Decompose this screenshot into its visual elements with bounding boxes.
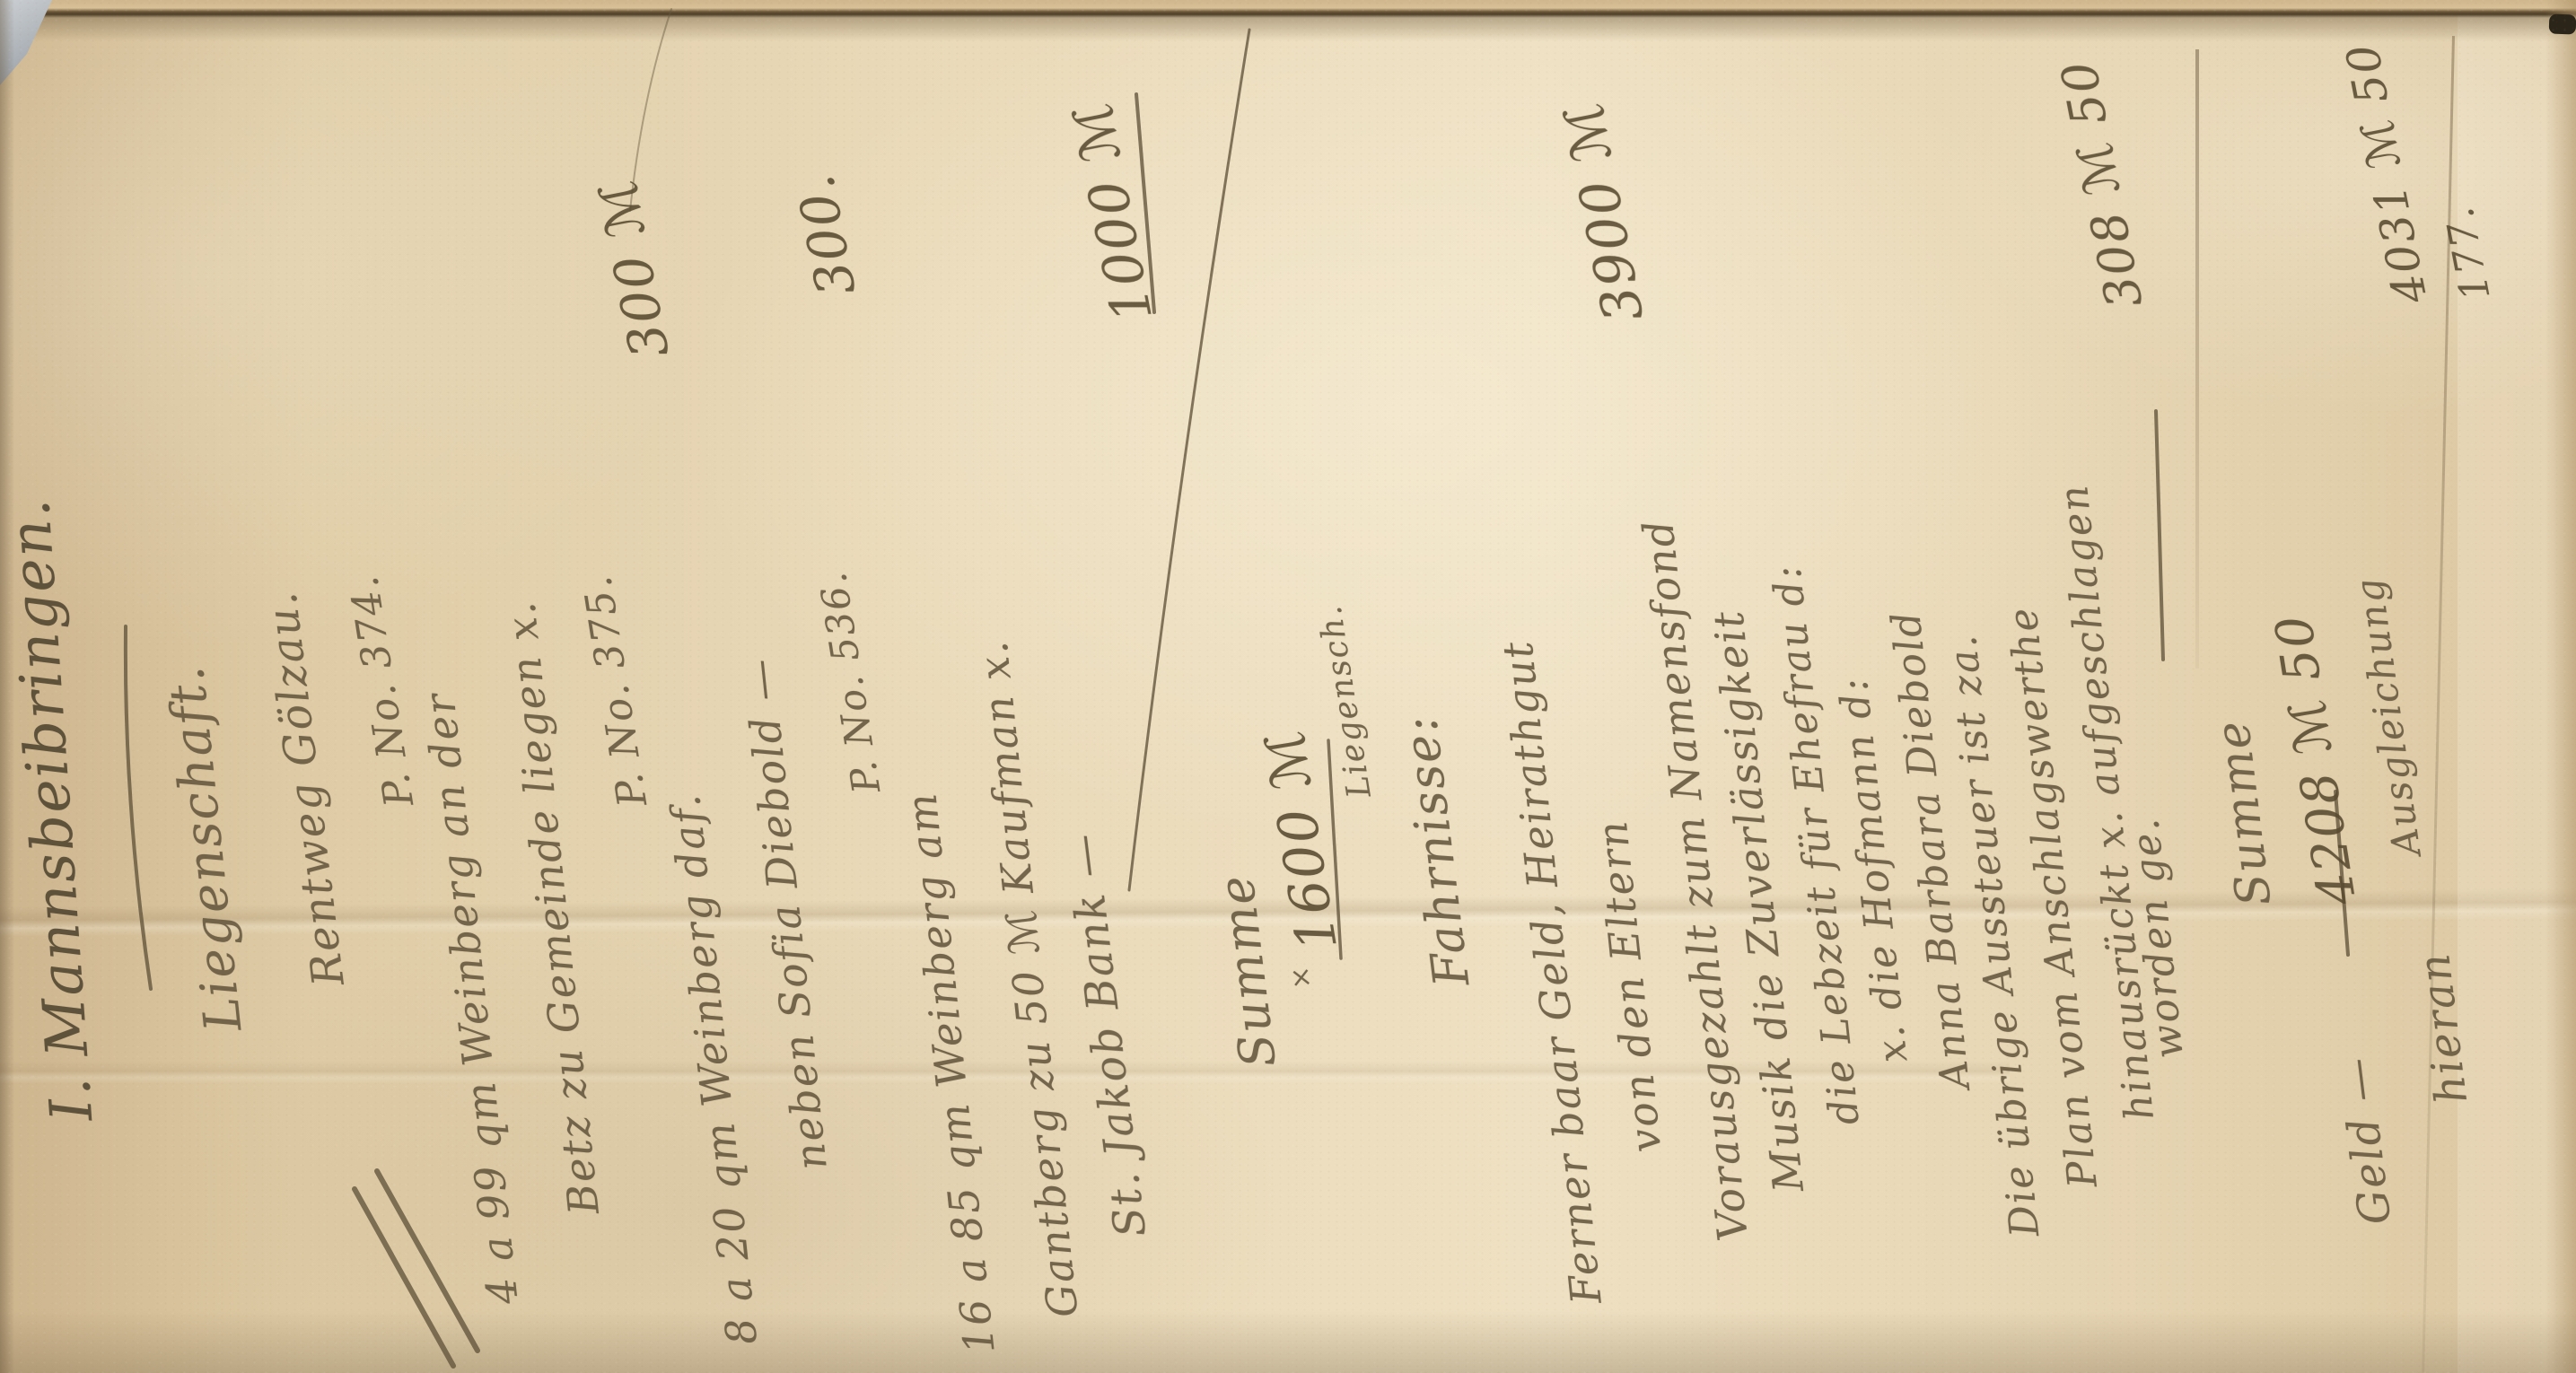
amount-value: 1000 ℳ bbox=[1061, 97, 1165, 328]
page-number: 177. bbox=[2436, 202, 2499, 304]
amount-value: 300. bbox=[784, 169, 868, 302]
section-separator-stroke bbox=[2156, 411, 2163, 660]
photograph-of-handwritten-document: I. Mannsbeibringen. Liegenschaft. Rentwe… bbox=[0, 0, 2576, 1373]
handwritten-line: 8 a 20 qm Weinberg daf. bbox=[661, 791, 767, 1347]
handwritten-line: P. No. 375. bbox=[574, 572, 656, 810]
handwritten-line: Ferner baar Geld, Heirathgut bbox=[1493, 638, 1610, 1307]
document-ink-layer: I. Mannsbeibringen. Liegenschaft. Rentwe… bbox=[0, 0, 2576, 1373]
section-separator-stroke bbox=[1129, 30, 1249, 890]
handwritten-line: P. No. 536. bbox=[810, 568, 889, 797]
amount-value: 3900 ℳ bbox=[1552, 97, 1656, 328]
heading-underline-stroke bbox=[126, 626, 151, 989]
sum-check-mark: × bbox=[1284, 963, 1318, 991]
sum-value: 4208 ℳ 50 bbox=[2265, 610, 2368, 909]
sum-note: Ausgleichung bbox=[2346, 574, 2429, 859]
handwritten-line: neben Sofia Diebold — bbox=[734, 655, 837, 1172]
sum-label: Summe bbox=[2206, 717, 2282, 909]
margin-mark-stroke bbox=[355, 1189, 453, 1366]
margin-total-value: 4031 ℳ 50 bbox=[2335, 39, 2437, 308]
sum-label: Summe bbox=[1207, 871, 1287, 1071]
amount-value: 308 ℳ 50 bbox=[2050, 56, 2153, 313]
handwritten-line: P. No. 374. bbox=[341, 572, 423, 810]
handwritten-line: 4 a 99 qm Weinberg an der bbox=[415, 690, 527, 1307]
margin-mark-stroke bbox=[377, 1171, 478, 1351]
section-title: Fahrnisse: bbox=[1391, 712, 1481, 990]
handwritten-line: 16 a 85 qm Weinberg am bbox=[897, 790, 1003, 1356]
section-title: Liegenschaft. bbox=[157, 662, 253, 1034]
page-heading: I. Mannsbeibringen. bbox=[0, 495, 106, 1123]
handwritten-line: von den Eltern bbox=[1588, 818, 1671, 1155]
handwritten-line: Rentweg Gölzau. bbox=[256, 588, 355, 988]
footnote-line: hieran bbox=[2409, 949, 2477, 1106]
footnote-line: Geld — bbox=[2331, 1054, 2402, 1228]
amount-value: 300 ℳ bbox=[586, 174, 680, 363]
